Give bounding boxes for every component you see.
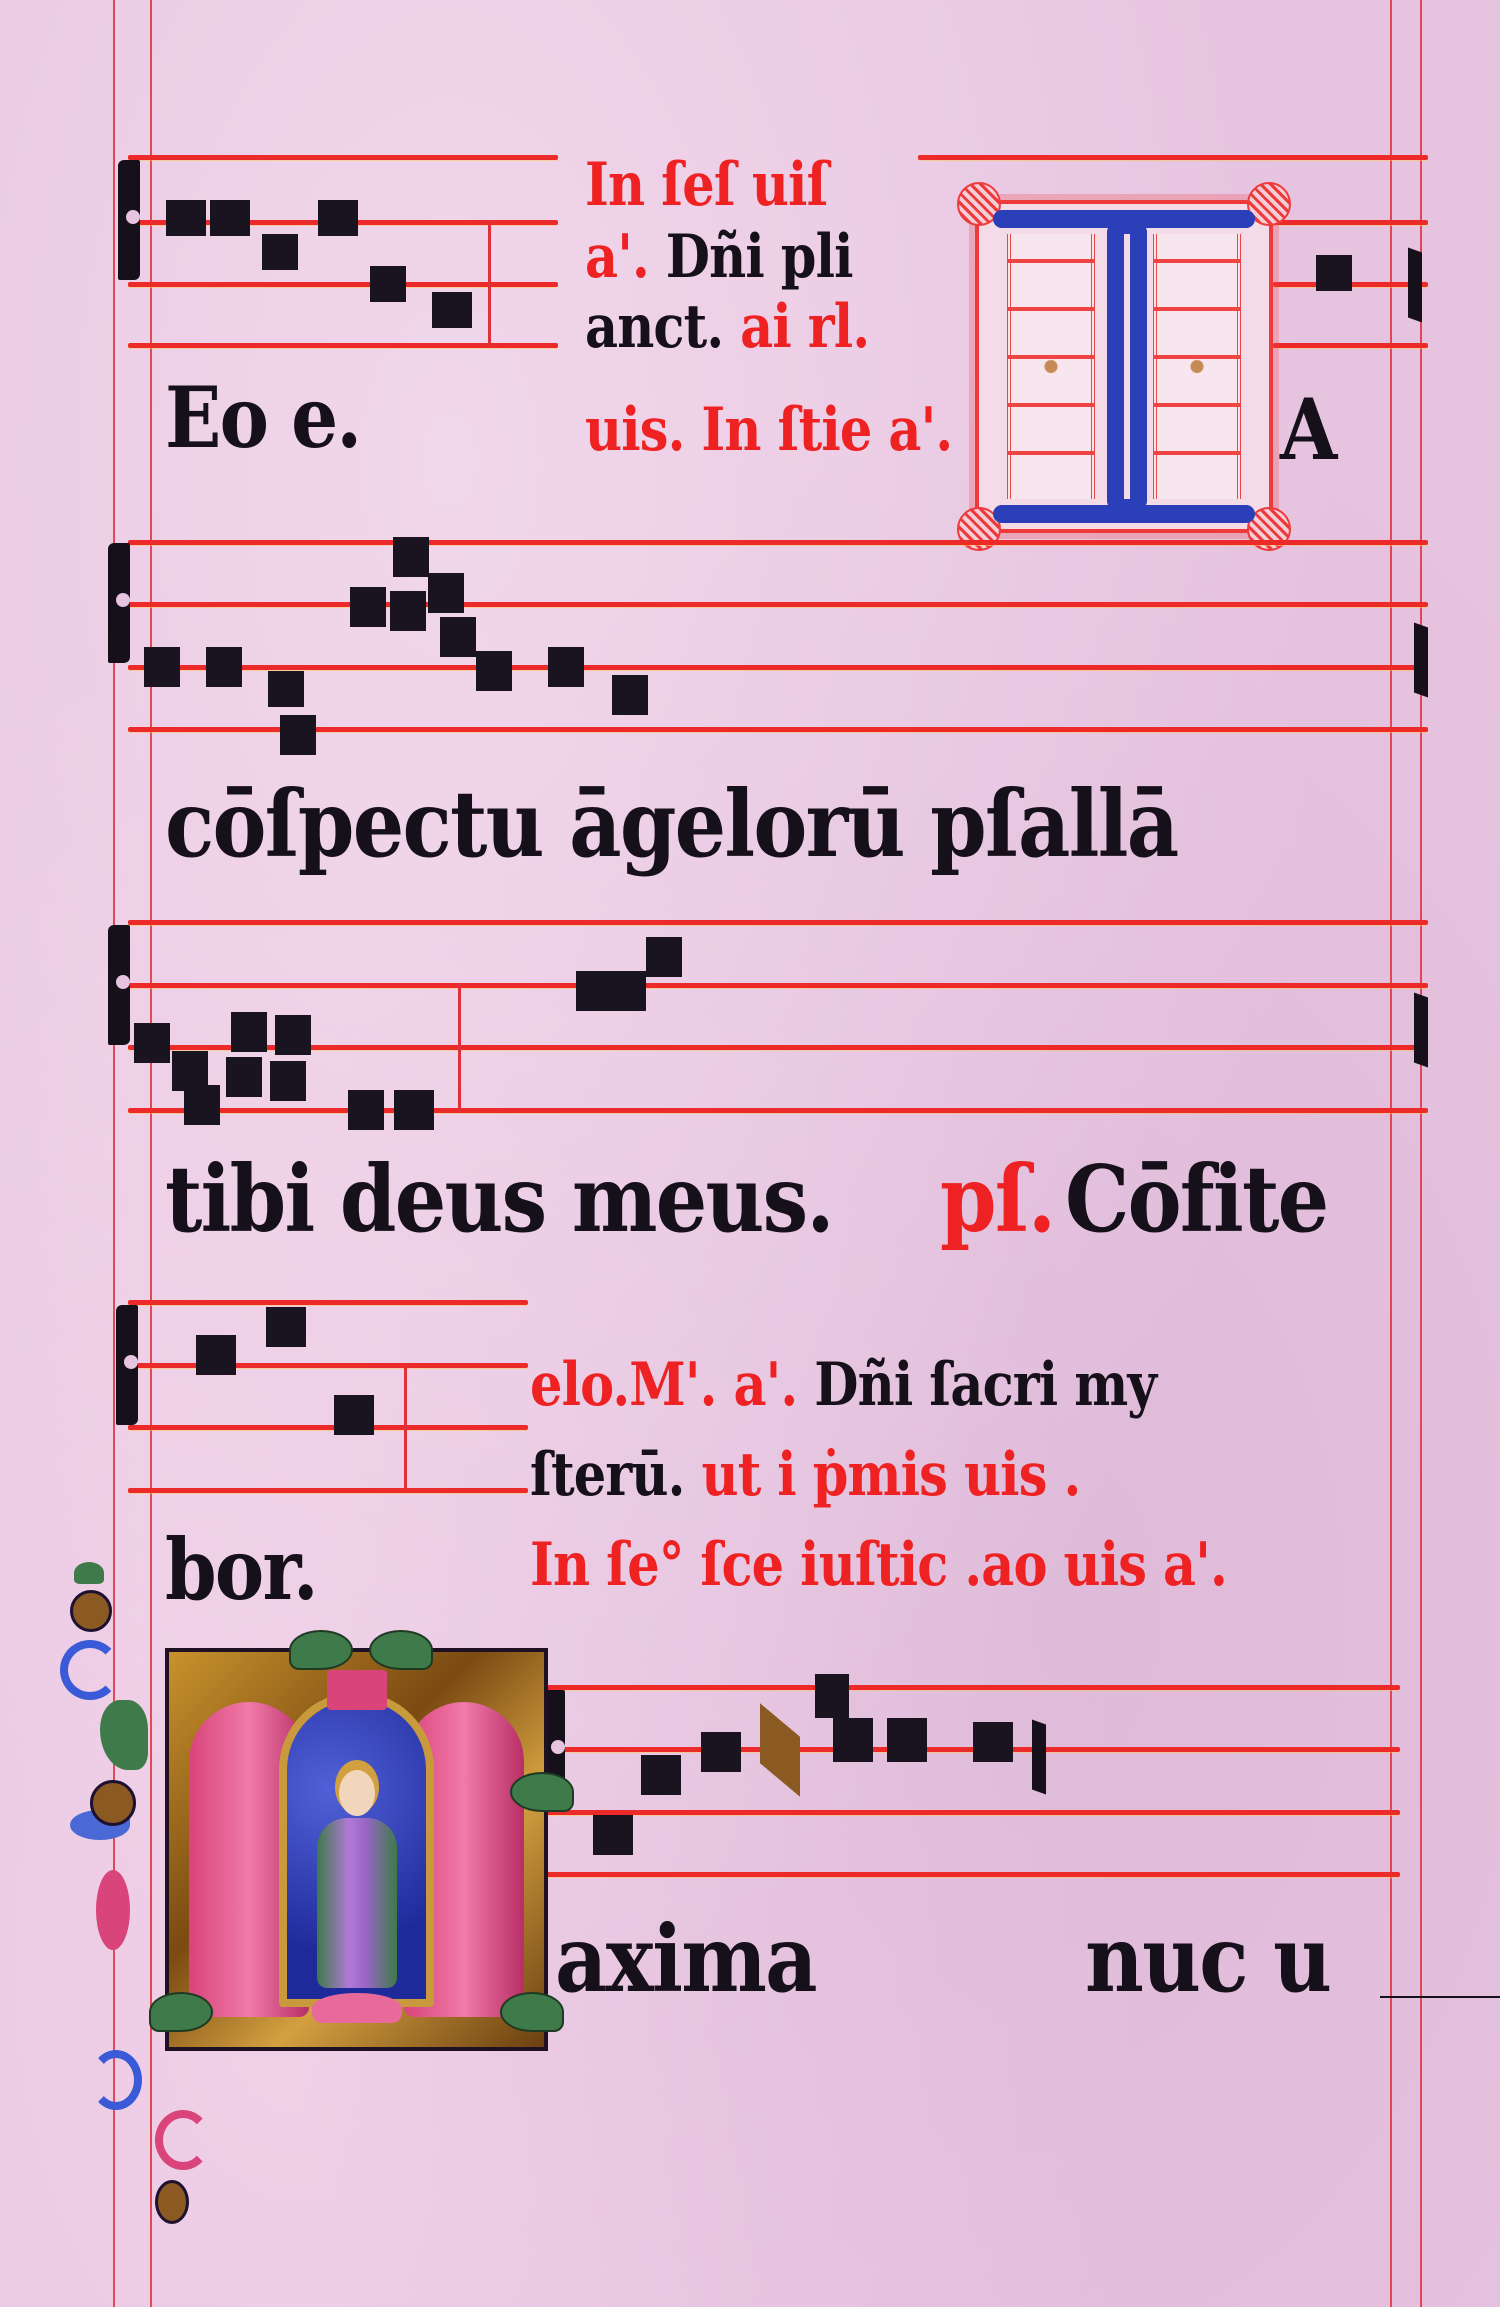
lyric-line-4: bor. <box>165 1520 317 1619</box>
saint-figure-body <box>317 1818 397 1988</box>
rubric-line: ſterū. ut i ṗmis uis . <box>530 1440 1080 1510</box>
custos-icon <box>1408 247 1422 322</box>
rubric-line: In ſe° ſce iuſtic .ao uis a'. <box>530 1530 1227 1600</box>
neume <box>390 591 426 631</box>
neume <box>262 234 298 270</box>
lyric-line-5a: axima <box>555 1905 816 2013</box>
neume <box>134 1023 170 1063</box>
neume <box>394 1090 434 1130</box>
gold-bezant-icon <box>155 2180 189 2224</box>
neume <box>1316 255 1352 291</box>
neume <box>476 651 512 691</box>
rubric-line: a'. Dñi pli <box>585 222 853 292</box>
neume <box>206 647 242 687</box>
c-clef-icon <box>118 160 140 280</box>
rubric-line: anct. ai rl. <box>585 292 869 362</box>
margin-rule-left-outer <box>113 0 115 2307</box>
gold-bezant-icon <box>70 1590 112 1632</box>
neume <box>440 617 476 657</box>
neume <box>428 573 464 613</box>
c-clef-icon <box>108 543 130 663</box>
custos-icon <box>1414 992 1428 1067</box>
division-bar <box>458 983 461 1111</box>
rubric-black: Dñi pli <box>666 222 853 292</box>
neume <box>610 971 646 1011</box>
neume <box>166 200 206 236</box>
c-clef-icon <box>116 1305 138 1425</box>
lyric-line-3: tibi deus meus. <box>165 1145 833 1253</box>
decorated-initial-i <box>975 200 1273 533</box>
neume <box>432 292 472 328</box>
psalm-rubric: pſ. <box>940 1145 1054 1253</box>
c-clef-icon <box>108 925 130 1045</box>
neume <box>576 971 612 1011</box>
custos-icon <box>1032 1719 1046 1794</box>
neume <box>612 675 648 715</box>
rubric-black: Dñi ſacri my <box>814 1350 1156 1420</box>
neume <box>318 200 358 236</box>
rubric-line: In ſeſ uiſ <box>585 150 828 220</box>
rubric-black: ſterū. <box>530 1440 685 1510</box>
neume <box>144 647 180 687</box>
rubric-line: elo.M'. a'. Dñi ſacri my <box>530 1350 1156 1420</box>
neume <box>184 1085 220 1125</box>
neume <box>973 1722 1013 1762</box>
gold-ligature-neume <box>760 1703 800 1797</box>
neume <box>196 1335 236 1375</box>
staff-3 <box>128 915 1428 1115</box>
lyric-line-5b: nuc u <box>1085 1905 1330 2013</box>
rubric-red: ut i ṗmis uis . <box>701 1440 1080 1510</box>
neume <box>701 1732 741 1772</box>
lyric-line-2: cōſpectu āgelorū pſallā <box>165 770 1177 878</box>
neume <box>646 937 682 977</box>
rubric-line: uis. In ſtie a'. <box>585 395 952 465</box>
neume <box>231 1012 267 1052</box>
historiated-initial-m <box>165 1648 548 2051</box>
manuscript-page: Eo e. In ſeſ uiſ a'. Dñi pli anct. ai rl… <box>0 0 1500 2307</box>
rubric-black: anct. <box>585 292 723 362</box>
lyric-trailing-letter: A <box>1280 380 1336 479</box>
neume <box>226 1057 262 1097</box>
neume <box>593 1815 633 1855</box>
neume <box>270 1061 306 1101</box>
neume <box>641 1755 681 1795</box>
rubric-red: a'. <box>585 222 649 292</box>
line-filler <box>1380 1996 1500 1998</box>
neume <box>334 1395 374 1435</box>
neume <box>275 1015 311 1055</box>
neume <box>348 1090 384 1130</box>
saint-figure-head <box>339 1770 375 1816</box>
neume <box>350 587 386 627</box>
neume <box>815 1674 849 1718</box>
division-bar <box>488 220 491 348</box>
lyric-line-1: Eo e. <box>165 368 360 467</box>
neume <box>210 200 250 236</box>
rubric-red: elo.M'. a'. <box>530 1350 797 1420</box>
neume <box>393 537 429 577</box>
neume <box>370 266 406 302</box>
staff-4 <box>128 1295 528 1495</box>
neume <box>548 647 584 687</box>
neume <box>280 715 316 755</box>
custos-icon <box>1414 622 1428 697</box>
division-bar <box>404 1363 407 1491</box>
neume <box>887 1718 927 1762</box>
neume <box>833 1718 873 1762</box>
staff-2 <box>128 535 1428 735</box>
neume <box>266 1307 306 1347</box>
rubric-red: ai rl. <box>740 292 869 362</box>
lyric-line-3b: Cōfite <box>1065 1145 1327 1253</box>
staff-5 <box>545 1680 1400 1880</box>
neume <box>268 671 304 707</box>
